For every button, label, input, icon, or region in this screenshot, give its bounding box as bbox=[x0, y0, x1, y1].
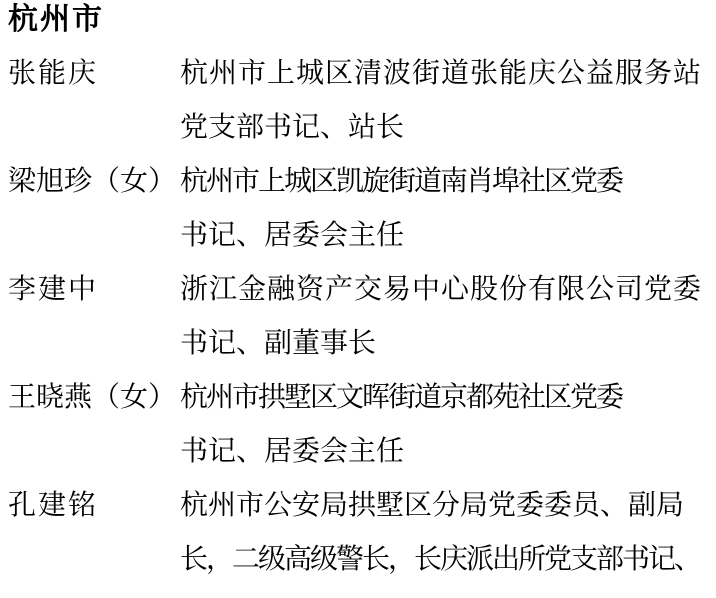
title-line: 杭州市拱墅区文晖街道京都苑社区党委 bbox=[180, 371, 716, 425]
person-title: 杭州市拱墅区文晖街道京都苑社区党委 书记、居委会主任 bbox=[180, 371, 716, 479]
title-line: 党支部书记、站长 bbox=[180, 101, 716, 155]
title-line: 书记、居委会主任 bbox=[180, 425, 716, 479]
list-entry: 李建中 浙江金融资产交易中心股份有限公司党委 书记、副董事长 bbox=[8, 263, 716, 371]
person-name: 王晓燕（女） bbox=[8, 371, 180, 425]
person-name: 李建中 bbox=[8, 263, 180, 317]
person-name: 梁旭珍（女） bbox=[8, 155, 180, 209]
list-entry: 孔建铭 杭州市公安局拱墅区分局党委委员、副局 长，二级高级警长，长庆派出所党支部… bbox=[8, 479, 716, 587]
title-line: 杭州市上城区凯旋街道南肖埠社区党委 bbox=[180, 155, 716, 209]
person-name: 张能庆 bbox=[8, 47, 180, 101]
list-entry: 梁旭珍（女） 杭州市上城区凯旋街道南肖埠社区党委 书记、居委会主任 bbox=[8, 155, 716, 263]
person-title: 杭州市上城区凯旋街道南肖埠社区党委 书记、居委会主任 bbox=[180, 155, 716, 263]
title-line: 浙江金融资产交易中心股份有限公司党委 bbox=[180, 263, 716, 317]
person-name: 孔建铭 bbox=[8, 479, 180, 533]
title-line: 书记、居委会主任 bbox=[180, 209, 716, 263]
document-page: 杭州市 张能庆 杭州市上城区清波街道张能庆公益服务站 党支部书记、站长 梁旭珍（… bbox=[0, 0, 716, 598]
title-line: 杭州市上城区清波街道张能庆公益服务站 bbox=[180, 47, 716, 101]
title-line: 杭州市公安局拱墅区分局党委委员、副局 bbox=[180, 479, 716, 533]
title-line: 书记、副董事长 bbox=[180, 317, 716, 371]
title-line: 长，二级高级警长，长庆派出所党支部书记、 bbox=[180, 533, 716, 587]
list-entry: 王晓燕（女） 杭州市拱墅区文晖街道京都苑社区党委 书记、居委会主任 bbox=[8, 371, 716, 479]
list-entry: 张能庆 杭州市上城区清波街道张能庆公益服务站 党支部书记、站长 bbox=[8, 47, 716, 155]
person-title: 杭州市公安局拱墅区分局党委委员、副局 长，二级高级警长，长庆派出所党支部书记、 bbox=[180, 479, 716, 587]
person-title: 浙江金融资产交易中心股份有限公司党委 书记、副董事长 bbox=[180, 263, 716, 371]
person-title: 杭州市上城区清波街道张能庆公益服务站 党支部书记、站长 bbox=[180, 47, 716, 155]
city-header: 杭州市 bbox=[8, 0, 716, 47]
